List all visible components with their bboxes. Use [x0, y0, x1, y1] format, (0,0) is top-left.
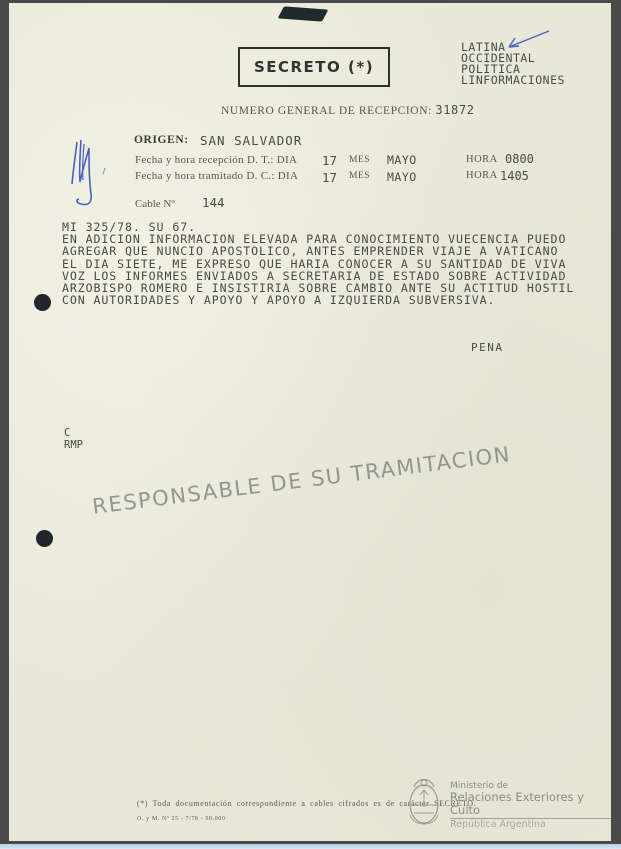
argentina-coat-of-arms-icon: [406, 773, 442, 831]
recepcion-hora: 0800: [505, 152, 534, 166]
body-line: CON AUTORIDADES Y APOYO Y APOYO A IZQUIE…: [62, 294, 574, 306]
tramitado-hora-label: HORA: [466, 170, 498, 181]
body-line: AGREGAR QUE NUNCIO APOSTOLICO, ANTES EMP…: [62, 245, 574, 257]
recepcion-label: Fecha y hora recepción D. T.: DIA: [135, 154, 297, 166]
initials-line: RMP: [64, 439, 83, 451]
tramitado-mes-label: MES: [349, 171, 370, 181]
classification-label: SECRETO (*): [254, 58, 374, 76]
routing-item: LINFORMACIONES: [461, 75, 565, 86]
recepcion-hora-label: HORA: [466, 154, 498, 165]
origen-value: SAN SALVADOR: [200, 133, 302, 148]
tramitado-mes: MAYO: [387, 170, 417, 184]
form-code: O. y M. Nº 25 - 7/78 - 90.000: [137, 816, 225, 822]
punch-hole-top: [34, 294, 51, 311]
signature: PENA: [471, 341, 504, 354]
numero-general-label: NUMERO GENERAL DE RECEPCION:: [221, 105, 432, 117]
document-page: SECRETO (*) LATINA OCCIDENTAL POLITICA L…: [9, 3, 611, 841]
ministry-watermark: Ministerio de Relaciones Exteriores y Cu…: [450, 781, 611, 831]
viewer-bottom-strip: [0, 844, 621, 849]
handwritten-initials-icon: [67, 138, 107, 210]
redaction-blot: [278, 6, 329, 21]
tramitado-hora: 1405: [500, 169, 529, 183]
tramitado-dia: 17: [322, 170, 337, 185]
tramitado-label: Fecha y hora tramitado D. C.: DIA: [135, 170, 298, 182]
ministry-line2: Relaciones Exteriores y Culto: [450, 791, 611, 819]
punch-hole-bottom: [36, 530, 53, 547]
numero-general-row: NUMERO GENERAL DE RECEPCION: 31872: [221, 103, 475, 117]
classification-box: SECRETO (*): [238, 47, 390, 87]
routing-list: LATINA OCCIDENTAL POLITICA LINFORMACIONE…: [461, 42, 565, 86]
origen-label: ORIGEN:: [134, 134, 189, 146]
body-line: EL DIA SIETE, ME EXPRESO QUE HARIA CONOC…: [62, 258, 574, 270]
recepcion-mes: MAYO: [387, 153, 417, 167]
initials-line: C: [64, 427, 83, 439]
numero-general-value: 31872: [435, 103, 474, 117]
cable-number: 144: [202, 195, 225, 210]
recepcion-dia: 17: [322, 153, 337, 168]
typist-initials: C RMP: [64, 427, 83, 451]
cable-body: MI 325/78. SU 67. EN ADICION INFORMACION…: [62, 221, 574, 306]
recepcion-mes-label: MES: [349, 155, 370, 165]
cable-label: Cable Nº: [135, 198, 175, 210]
responsable-stamp: RESPONSABLE DE SU TRAMITACION: [91, 442, 512, 519]
ministry-line3: República Argentina: [450, 819, 611, 831]
